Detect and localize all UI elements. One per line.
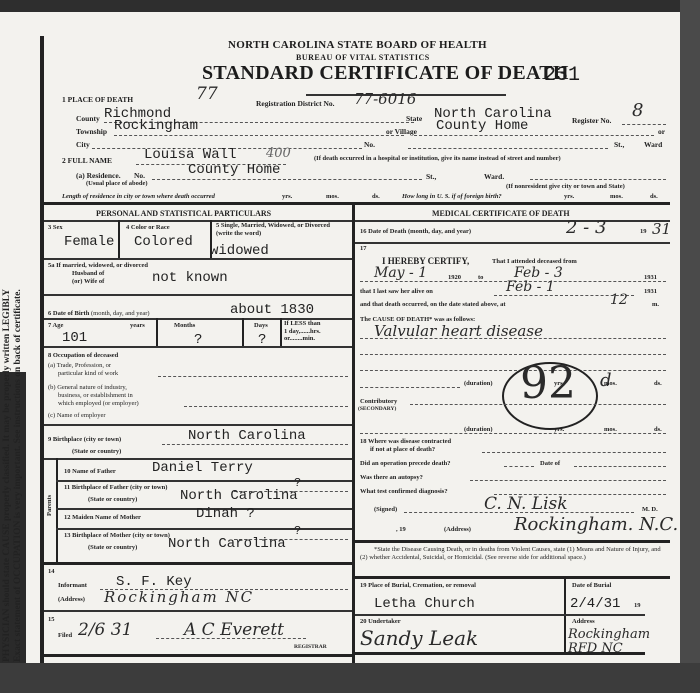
rule — [56, 528, 352, 530]
dob-label-text: 6 Date of Birth — [48, 310, 89, 317]
birthplace-label: 9 Birthplace (city or town) — [48, 436, 121, 443]
months-label: Months — [174, 322, 195, 329]
where-contracted-label: 18 Where was disease contracted — [360, 438, 451, 445]
agency-title: NORTH CAROLINA STATE BOARD OF HEALTH — [228, 39, 487, 51]
registrar-signature: A C Everett — [184, 620, 284, 640]
attended-from: May - 1 — [374, 265, 427, 281]
signed-line — [404, 512, 634, 513]
hospital-note: (If death occurred in a hospital or inst… — [314, 155, 561, 162]
cell-divider — [242, 318, 244, 346]
nonresident-note: (If nonresident give city or town and St… — [506, 183, 625, 190]
residence-ds-label: ds. — [372, 193, 380, 200]
residence-line — [152, 179, 422, 180]
mother-label: 12 Maiden Name of Mother — [64, 514, 141, 521]
occupation-b-label: (b) General nature of industry, — [48, 384, 127, 391]
operation-line — [504, 466, 534, 467]
date-of-death-value: 2 - 3 — [566, 217, 606, 238]
rule — [44, 424, 352, 426]
death-year-value: 31 — [652, 220, 671, 238]
no-label: No. — [364, 140, 375, 149]
undertaker-value: Sandy Leak — [360, 626, 478, 650]
mother-birthplace-state-label: (State or country) — [88, 544, 137, 551]
residence-label: (a) Residence. — [76, 171, 121, 180]
to-label: to — [478, 274, 483, 281]
rule — [44, 562, 352, 565]
burial-date-label: Date of Burial — [572, 582, 611, 589]
registration-district-value: 77-6016 — [354, 90, 416, 108]
secondary-label: (SECONDARY) — [358, 406, 396, 412]
place-of-death-label: 1 PLACE OF DEATH — [62, 95, 133, 104]
parents-label: Parents — [46, 495, 53, 516]
township-line — [114, 135, 404, 136]
marital-label-text: 5 Single, Married, Widowed, or Divorced — [216, 222, 330, 229]
occupation-c-label: (c) Name of employer — [48, 412, 106, 419]
register-no-label: Register No. — [572, 116, 611, 125]
registration-district-label: Registration District No. — [256, 99, 335, 108]
rule — [44, 258, 352, 260]
bureau-title: BUREAU OF VITAL STATISTICS — [296, 53, 430, 62]
year-label: , 19 — [396, 526, 406, 533]
informant-label: Informant — [58, 582, 87, 589]
last-saw-year: 1931 — [644, 288, 657, 295]
margin-line-2: PHYSICIAN should state CAUSE properly cl… — [2, 42, 13, 662]
parents-divider — [56, 458, 58, 562]
marital-value: widowed — [210, 243, 269, 259]
cell-divider — [118, 220, 120, 258]
margin-line-1: Exact statement of OCCUPATION is very im… — [13, 42, 24, 662]
or-label: or — [658, 127, 665, 136]
autopsy-line — [470, 480, 666, 481]
cause-line-3 — [360, 370, 666, 371]
cause-line-2 — [360, 354, 666, 355]
spouse-label-1: 5a If married, widowed, or divorced — [48, 262, 148, 269]
father-birthplace-value: North Carolina — [180, 488, 298, 504]
less-than-day-2: 1 day,......hrs. — [284, 328, 321, 336]
mother-birthplace-value: North Carolina — [168, 536, 286, 552]
column-divider — [352, 202, 355, 672]
occupation-a-line — [158, 376, 348, 377]
residence-value: County Home — [188, 162, 280, 178]
residence-no-label: No. — [134, 171, 145, 180]
duration-circled-value: 92 — [520, 358, 576, 409]
informant-address-label: (Address) — [58, 596, 85, 603]
ward-label: Ward — [644, 140, 662, 149]
st-label: St., — [614, 140, 624, 149]
ward-line — [530, 179, 666, 180]
personal-section-title: PERSONAL AND STATISTICAL PARTICULARS — [96, 209, 271, 218]
age-label: 7 Age — [48, 322, 63, 329]
signed-label: (Signed) — [374, 506, 397, 513]
occupation-b-line — [184, 406, 348, 407]
scan-bottom-border — [0, 663, 700, 693]
full-name-value: Louisa Wall — [144, 147, 236, 163]
last-saw-value: Feb - 1 — [506, 279, 555, 295]
autopsy-label: Was there an autopsy? — [360, 474, 423, 481]
usual-abode-label: (Usual place of abode) — [86, 180, 148, 187]
village-line — [414, 135, 654, 136]
register-line — [622, 124, 666, 125]
father-birthplace-state-label: (State or country) — [88, 496, 137, 503]
duration-pre-line — [360, 387, 460, 388]
race-value: Colored — [134, 234, 193, 250]
rule — [355, 220, 670, 222]
dob-value: about 1830 — [230, 302, 314, 318]
duration-label: (duration) — [464, 380, 493, 387]
rule — [355, 614, 645, 616]
pencil-mark: 77 — [196, 84, 218, 104]
age-years-value: 101 — [62, 330, 87, 346]
certificate-title: STANDARD CERTIFICATE OF DEATH — [202, 62, 569, 85]
burial-place-label: 19 Place of Burial, Cremation, or remova… — [360, 582, 476, 589]
foreign-yrs-label: yrs. — [564, 193, 574, 200]
street-line — [408, 148, 608, 149]
last-saw-label: that I last saw her alive on — [360, 288, 433, 295]
less-than-day-1: If LESS than — [284, 320, 321, 328]
medical-section-title: MEDICAL CERTIFICATE OF DEATH — [432, 209, 570, 218]
certificate-number: 231 — [544, 64, 580, 87]
rule — [44, 346, 352, 348]
cause-line-1 — [360, 338, 666, 339]
where-contracted-label-2: if not at place of death? — [370, 446, 435, 453]
sex-value: Female — [64, 234, 114, 250]
register-no-value: 8 — [632, 100, 643, 121]
rule — [355, 540, 670, 543]
filed-date: 2/6 31 — [78, 620, 132, 640]
dob-hint: (month, day, and year) — [91, 310, 150, 317]
rule — [44, 654, 352, 657]
race-label: 4 Color or Race — [126, 224, 170, 231]
less-than-day-3: or........min. — [284, 335, 321, 343]
duration-2-line — [360, 433, 666, 434]
occupation-b3-label: which employed (or employer) — [58, 400, 139, 407]
birthplace-state-label: (State or country) — [72, 448, 121, 455]
sex-label: 3 Sex — [48, 224, 63, 231]
certificate-paper: PHYSICIAN should state CAUSE properly cl… — [0, 12, 682, 664]
md-label: M. D. — [642, 506, 658, 513]
undertaker-address-label: Address — [572, 618, 595, 625]
county-label: County — [76, 114, 100, 123]
contributory-line — [410, 404, 666, 405]
operation-label: Did an operation precede death? — [360, 460, 451, 467]
full-name-annotation: 400 — [266, 146, 291, 161]
foreign-birth-label: How long in U. S. if of foreign birth? — [402, 193, 502, 200]
date-of-label: Date of — [540, 460, 560, 467]
registrar-line — [156, 638, 306, 639]
duration-2-mos-label: mos. — [604, 426, 617, 433]
rule — [44, 294, 352, 296]
residence-st-label: St., — [426, 172, 436, 181]
certify-text: That I attended deceased from — [492, 258, 577, 265]
occupation-b2-label: business, or establishment in — [58, 392, 133, 399]
cell-divider — [280, 318, 282, 346]
m-label: m. — [652, 301, 659, 308]
birthplace-line — [162, 444, 348, 445]
spouse-label-2: Husband of — [72, 270, 104, 277]
section-divider — [44, 202, 670, 205]
physician-signature: C. N. Lisk — [484, 494, 568, 514]
residence-ward-label: Ward. — [484, 172, 504, 181]
village-label: or Village — [386, 127, 417, 136]
death-occurred-label: and that death occurred, on the date sta… — [360, 301, 506, 308]
occupation-a2-label: particular kind of work — [58, 370, 118, 377]
burial-place-value: Letha Church — [374, 596, 475, 612]
full-name-label: 2 FULL NAME — [62, 156, 112, 165]
residence-yrs-label: yrs. — [282, 193, 292, 200]
undertaker-label: 20 Undertaker — [360, 618, 401, 625]
attended-from-year: 1920 — [448, 274, 461, 281]
duration-ds-label: ds. — [654, 380, 662, 387]
spouse-value: not known — [152, 270, 228, 286]
certificate-form: NORTH CAROLINA STATE BOARD OF HEALTH BUR… — [40, 36, 666, 672]
item-17: 17 — [360, 245, 367, 252]
death-year-prefix: 19 — [640, 228, 647, 235]
date-of-line — [574, 466, 666, 467]
village-value: County Home — [436, 118, 528, 134]
test-label: What test confirmed diagnosis? — [360, 488, 448, 495]
foreign-mos-label: mos. — [610, 193, 623, 200]
rule — [355, 576, 670, 579]
birthplace-value: North Carolina — [188, 428, 306, 444]
duration-2-ds-label: ds. — [654, 426, 662, 433]
date-of-death-label: 16 Date of Death (month, day, and year) — [360, 228, 471, 235]
rule — [56, 480, 352, 482]
days-label: Days — [254, 322, 268, 329]
burial-date-suffix: 19 — [634, 602, 641, 609]
less-than-day: If LESS than 1 day,......hrs. or........… — [284, 320, 321, 343]
mother-birthplace-city: ? — [294, 524, 301, 538]
foreign-ds-label: ds. — [650, 193, 658, 200]
filed-num: 15 — [48, 616, 55, 623]
rule — [44, 610, 352, 612]
margin-instructions: PHYSICIAN should state CAUSE properly cl… — [2, 42, 42, 662]
cell-divider — [156, 318, 158, 346]
duration-2-label: (duration) — [464, 426, 493, 433]
registrar-label: REGISTRAR — [294, 644, 327, 650]
scan-right-border — [680, 0, 700, 693]
years-label: years — [130, 322, 145, 329]
dob-label: 6 Date of Birth (month, day, and year) — [48, 310, 150, 317]
attended-to-year: 1931 — [644, 274, 657, 281]
father-value: Daniel Terry — [152, 460, 253, 476]
mother-birthplace-label: 13 Birthplace of Mother (city or town) — [64, 532, 170, 539]
township-value: Rockingham — [114, 118, 198, 134]
mother-value: Dinah ? — [196, 506, 255, 522]
state-label: State — [406, 114, 422, 123]
rule — [355, 652, 645, 655]
residence-mos-label: mos. — [326, 193, 339, 200]
occupation-label: 8 Occupation of deceased — [48, 352, 118, 359]
marital-label: 5 Single, Married, Widowed, or Divorced … — [216, 222, 348, 238]
death-time: 12 — [610, 292, 628, 308]
duration-mark: d — [600, 370, 612, 391]
father-birthplace-label: 11 Birthplace of Father (city or town) — [64, 484, 167, 491]
informant-num: 14 — [48, 568, 55, 575]
rule — [355, 242, 670, 244]
burial-date-value: 2/4/31 — [570, 596, 620, 612]
where-contracted-line — [482, 452, 666, 453]
informant-address-value: Rockingham NC — [104, 588, 254, 606]
occupation-a-label: (a) Trade, Profession, or — [48, 362, 111, 369]
length-of-residence-label: Length of residence in city or town wher… — [62, 193, 215, 200]
cause-footnote: *State the Disease Causing Death, or in … — [360, 546, 666, 562]
spouse-label-3: (or) Wife of — [72, 278, 104, 285]
duration-2-yrs-label: yrs. — [554, 426, 564, 433]
physician-address: Rockingham. N.C. — [514, 514, 678, 535]
filed-label: Filed — [58, 632, 72, 639]
address-label: (Address) — [444, 526, 471, 533]
marital-hint: (write the word) — [216, 230, 261, 237]
father-label: 10 Name of Father — [64, 468, 116, 475]
city-label: City — [76, 140, 90, 149]
contributory-label: Contributory — [360, 398, 397, 405]
township-label: Township — [76, 127, 107, 136]
